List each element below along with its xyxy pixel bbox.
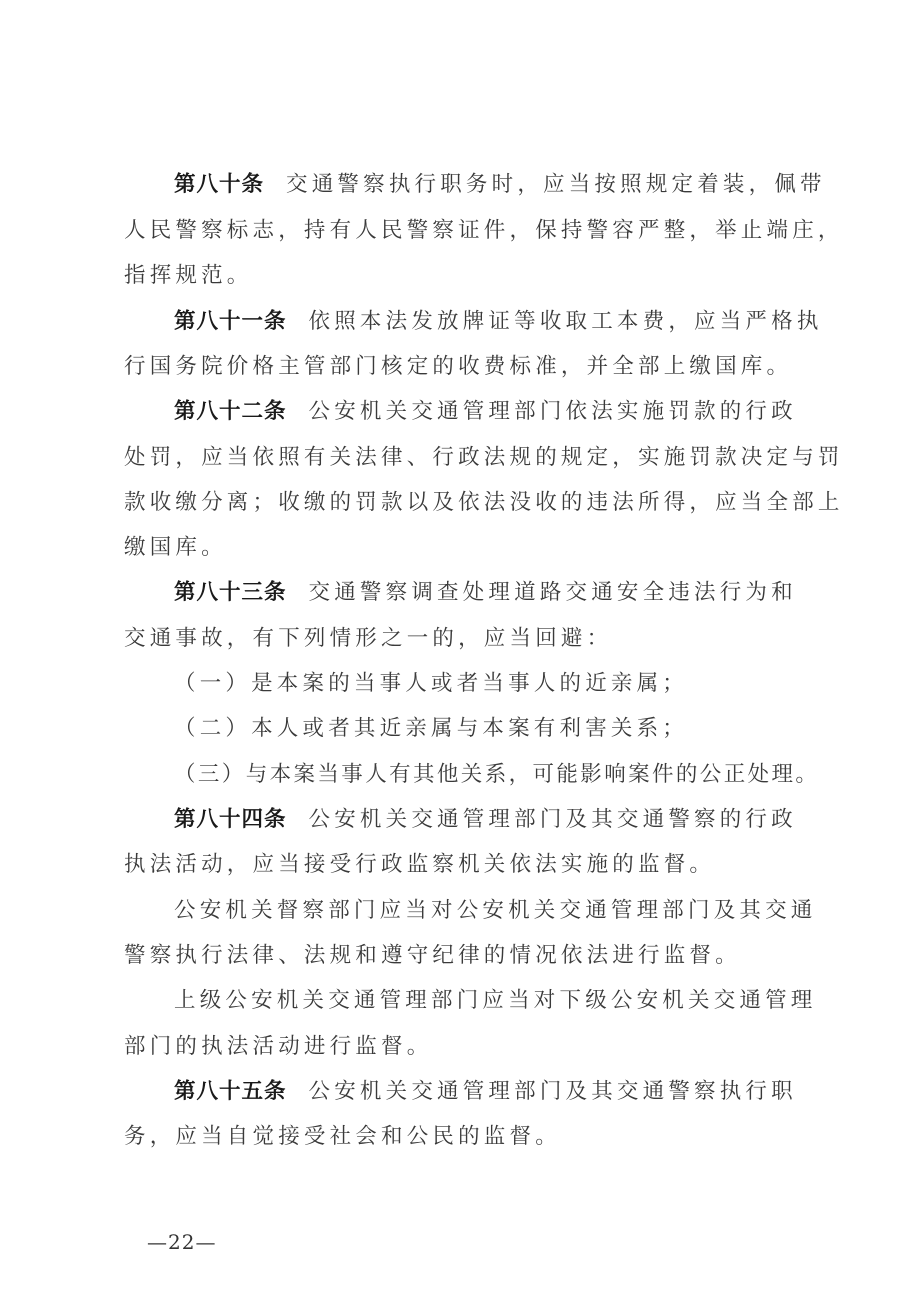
article-81-line-1: 第八十一条依照本法发放牌证等收取工本费，应当严格执 [174, 307, 864, 337]
article-84-para-3-line-2: 部门的执法活动进行监督。 [124, 1032, 814, 1062]
article-82-title: 第八十二条 [174, 399, 287, 424]
article-85-title: 第八十五条 [174, 1079, 287, 1104]
article-83-line-2: 交通事故，有下列情形之一的，应当回避： [124, 624, 814, 654]
article-84-line-2: 执法活动，应当接受行政监察机关依法实施的监督。 [124, 850, 814, 880]
article-80-line-2: 人民警察标志，持有人民警察证件，保持警容严整，举止端庄， [124, 216, 814, 246]
article-82-line-3: 款收缴分离；收缴的罚款以及依法没收的违法所得，应当全部上 [124, 488, 814, 518]
article-81-title: 第八十一条 [174, 309, 287, 334]
page-number: —22— [147, 1230, 216, 1254]
document-page: 第八十条交通警察执行职务时，应当按照规定着装，佩带 人民警察标志，持有人民警察证… [0, 0, 920, 1301]
article-82-line-4: 缴国库。 [124, 533, 814, 563]
article-82-line-1: 第八十二条公安机关交通管理部门依法实施罚款的行政 [174, 397, 864, 427]
article-83-item-3: （三）与本案当事人有其他关系，可能影响案件的公正处理。 [174, 760, 864, 790]
article-80-line-3: 指挥规范。 [124, 261, 814, 291]
article-82-line-2: 处罚，应当依照有关法律、行政法规的规定，实施罚款决定与罚 [124, 443, 814, 473]
article-84-para-3-line-1: 上级公安机关交通管理部门应当对下级公安机关交通管理 [174, 986, 864, 1016]
article-83-item-1: （一）是本案的当事人或者当事人的近亲属； [174, 669, 864, 699]
article-84-title: 第八十四条 [174, 807, 287, 832]
article-83-line-1: 第八十三条交通警察调查处理道路交通安全违法行为和 [174, 578, 864, 608]
article-81-line-2: 行国务院价格主管部门核定的收费标准，并全部上缴国库。 [124, 352, 814, 382]
article-84-para-2-line-2: 警察执行法律、法规和遵守纪律的情况依法进行监督。 [124, 941, 814, 971]
article-83-title: 第八十三条 [174, 580, 287, 605]
article-84-line-1: 第八十四条公安机关交通管理部门及其交通警察的行政 [174, 805, 864, 835]
article-84-para-2-line-1: 公安机关督察部门应当对公安机关交通管理部门及其交通 [174, 896, 864, 926]
article-83-item-2: （二）本人或者其近亲属与本案有利害关系； [174, 714, 864, 744]
article-85-line-1: 第八十五条公安机关交通管理部门及其交通警察执行职 [174, 1077, 864, 1107]
article-80-title: 第八十条 [174, 172, 264, 197]
article-80-line-1: 第八十条交通警察执行职务时，应当按照规定着装，佩带 [174, 170, 864, 200]
article-85-line-2: 务，应当自觉接受社会和公民的监督。 [124, 1122, 814, 1152]
